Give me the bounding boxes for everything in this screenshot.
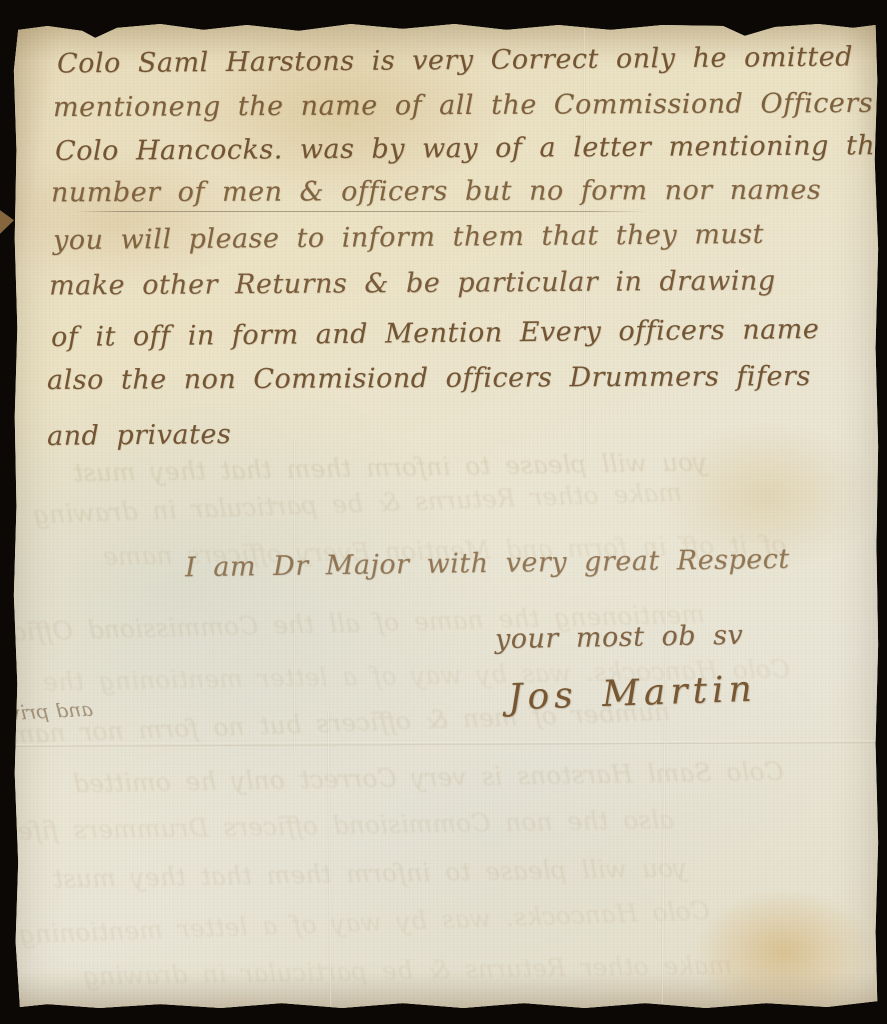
scan-background: you will please to inform them that they… bbox=[0, 0, 887, 1024]
letter-line: of it off in form and Mention Every offi… bbox=[51, 314, 820, 353]
bleedthrough-line: Colo Hancocks. was by way of a letter me… bbox=[0, 896, 710, 951]
bleedthrough-line: Colo Saml Harstons is very Correct only … bbox=[73, 757, 784, 798]
letter-line: and privates bbox=[47, 419, 232, 452]
ruled-line bbox=[75, 211, 647, 212]
letter-paper: you will please to inform them that they… bbox=[13, 21, 879, 1011]
letter-line: you will please to inform them that they… bbox=[53, 219, 764, 256]
letter-line: Colo Hancocks. was by way of a letter me… bbox=[55, 130, 887, 167]
letter-line: also the non Commisiond officers Drummer… bbox=[47, 361, 811, 396]
bleedthrough-line: you will please to inform them that they… bbox=[53, 853, 688, 893]
paper-edge-flaw bbox=[0, 205, 14, 239]
bleedthrough-line: also the non Commisiond officers Drummer… bbox=[0, 805, 674, 846]
paper-texture bbox=[13, 21, 879, 1011]
letter-line: number of men & officers but no form nor… bbox=[51, 175, 821, 209]
vertical-crease bbox=[327, 711, 332, 1006]
bleedthrough-line: make other Returns & be particular in dr… bbox=[33, 478, 683, 530]
letter-line: Colo Saml Harstons is very Correct only … bbox=[57, 42, 853, 80]
letter-line: mentioneng the name of all the Commissio… bbox=[53, 88, 873, 123]
bleedthrough-line: make other Returns & be particular in dr… bbox=[83, 950, 733, 990]
horizontal-fold-crease bbox=[13, 740, 879, 747]
signature: Jos Martin bbox=[507, 669, 757, 719]
vertical-crease bbox=[293, 441, 296, 751]
closing-line: I am Dr Major with very great Respect bbox=[185, 544, 790, 583]
letter-line: make other Returns & be particular in dr… bbox=[49, 265, 776, 301]
bleedthrough-edge-fragment: and privates bbox=[2, 697, 93, 726]
salutation-line: your most ob sv bbox=[495, 620, 744, 655]
bleedthrough-line: you will please to inform them that they… bbox=[73, 447, 708, 487]
